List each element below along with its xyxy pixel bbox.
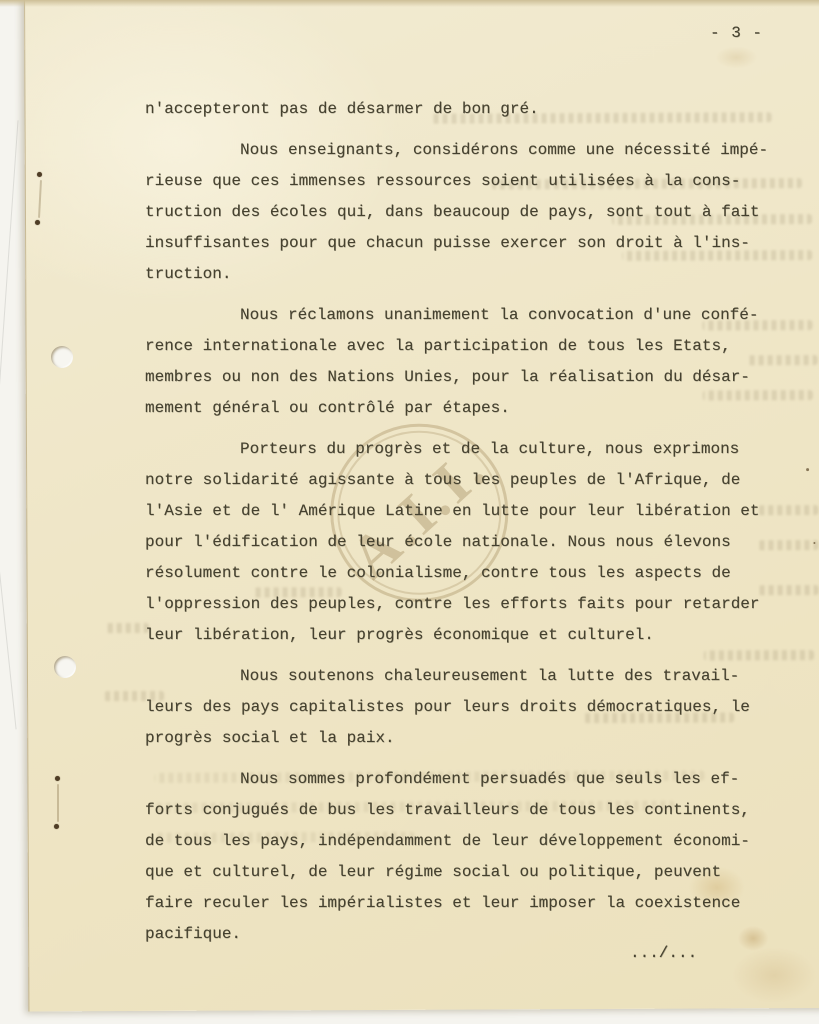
punch-hole [51,346,73,368]
scan-top-edge [0,0,819,7]
paragraph: Nous enseignants, considérons comme une … [145,135,775,290]
text-line: leur libération, leur progrès économique… [145,620,775,651]
text-line: mement général ou contrôlé par étapes. [145,393,775,424]
text-line: rence internationale avec la participati… [145,331,775,362]
text-line: Nous enseignants, considérons comme une … [145,135,775,166]
text-line: membres ou non des Nations Unies, pour l… [145,362,775,393]
text-line: l'Asie et de l' Amérique Latine en lutte… [145,496,775,527]
document-body-text: n'accepteront pas de désarmer de bon gré… [145,94,775,950]
staple-hole [54,824,59,829]
paragraph: Nous réclamons unanimement la convocatio… [145,300,775,424]
text-line: rieuse que ces immenses ressources soien… [145,166,775,197]
staple-hole [55,776,60,781]
punch-hole [54,656,76,678]
text-line: Porteurs du progrès et de la culture, no… [145,434,775,465]
page-number: - 3 - [710,24,763,42]
text-line: l'oppression des peuples, contre les eff… [145,589,775,620]
ink-speck [813,542,815,544]
text-line: Nous soutenons chaleureusement la lutte … [145,661,775,692]
text-line: insuffisantes pour que chacun puisse exe… [145,228,775,259]
text-line: forts conjugués de bus les travailleurs … [145,795,775,826]
text-line: notre solidarité agissante à tous les pe… [145,465,775,496]
ink-speck [806,468,809,471]
text-line: Nous sommes profondément persuadés que s… [145,764,775,795]
paragraph: Porteurs du progrès et de la culture, no… [145,434,775,651]
text-line: Nous réclamons unanimement la convocatio… [145,300,775,331]
paragraph: Nous soutenons chaleureusement la lutte … [145,661,775,754]
paragraph: n'accepteront pas de désarmer de bon gré… [145,94,775,125]
text-line: pour l'édification de leur école nationa… [145,527,775,558]
text-line: résolument contre le colonialisme, contr… [145,558,775,589]
text-line: faire reculer les impérialistes et leur … [145,888,775,919]
text-line: de tous les pays, indépendamment de leur… [145,826,775,857]
text-line: truction des écoles qui, dans beaucoup d… [145,197,775,228]
staple-crease [57,784,59,822]
paragraph: Nous sommes profondément persuadés que s… [145,764,775,950]
backdrop-sheet-edge [0,120,19,449]
text-line: que et culturel, de leur régime social o… [145,857,775,888]
text-line: n'accepteront pas de désarmer de bon gré… [145,94,775,125]
backdrop-sheet-edge [0,471,17,730]
text-line: truction. [145,259,775,290]
text-line: leurs des pays capitalistes pour leurs d… [145,692,775,723]
text-line: progrès social et la paix. [145,723,775,754]
staple-hole [35,220,40,225]
bleed-through-ink [104,623,149,633]
continuation-mark: .../... [630,944,697,962]
staple-hole [37,172,42,177]
